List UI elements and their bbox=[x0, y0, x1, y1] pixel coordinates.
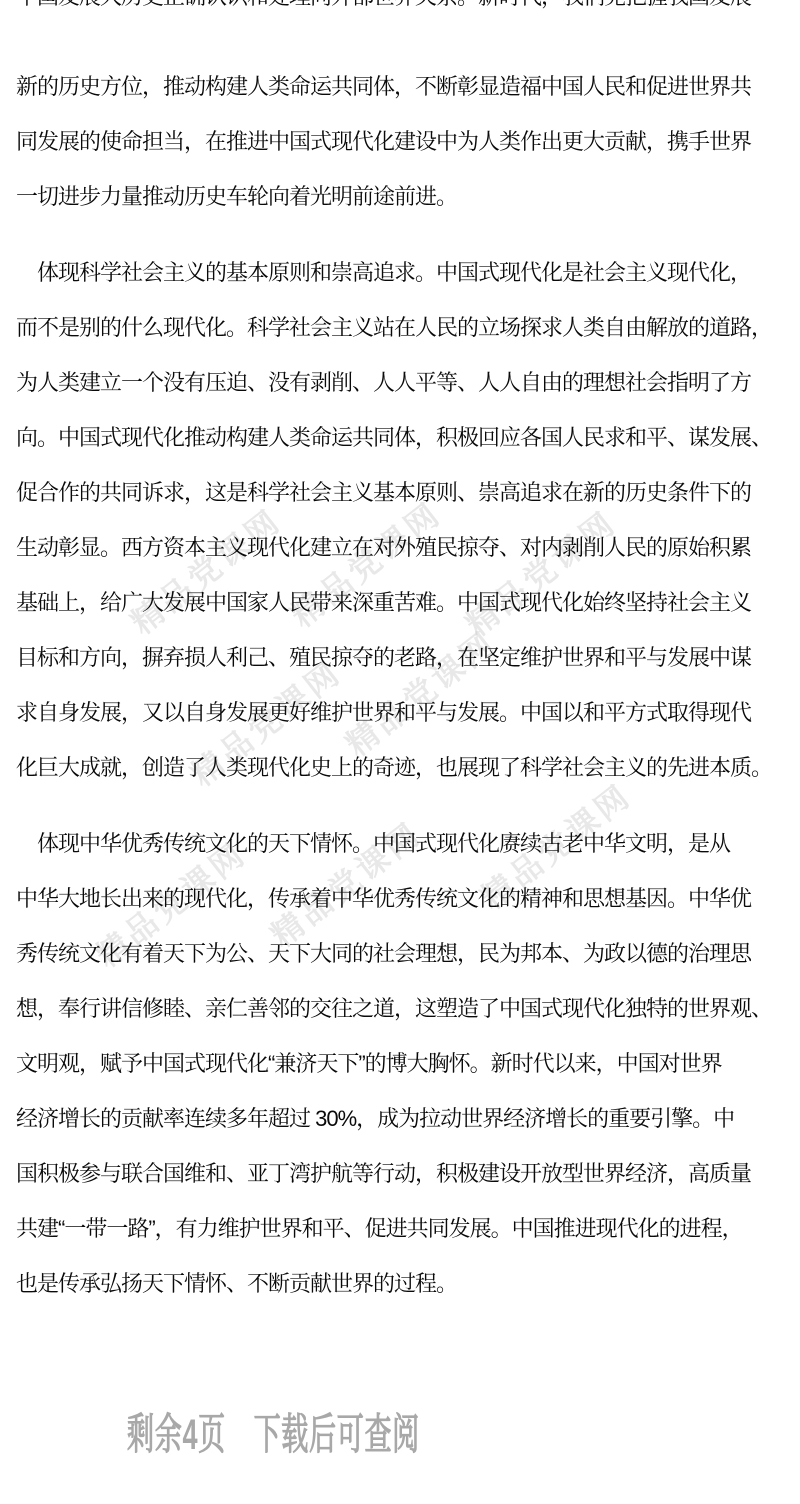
text-line: 同发展的使命担当，在推进中国式现代化建设中为人类作出更大贡献，携手世界 bbox=[16, 114, 788, 169]
text-line: 为人类建立一个没有压迫、没有剥削、人人平等、人人自由的理想社会指明了方 bbox=[16, 355, 788, 410]
text-line: 而不是别的什么现代化。科学社会主义站在人民的立场探求人类自由解放的道路， bbox=[16, 300, 788, 355]
paragraphs-container: 新的历史方位，推动构建人类命运共同体，不断彰显造福中国人民和促进世界共同发展的使… bbox=[16, 59, 788, 1311]
text-line: 体现中华优秀传统文化的天下情怀。中国式现代化赓续古老中华文明，是从 bbox=[16, 816, 788, 871]
text-line: 求自身发展，又以自身发展更好维护世界和平与发展。中国以和平方式取得现代 bbox=[16, 685, 788, 740]
text-line: 体现科学社会主义的基本原则和崇高追求。中国式现代化是社会主义现代化， bbox=[16, 245, 788, 300]
text-line: 向。中国式现代化推动构建人类命运共同体，积极回应各国人民求和平、谋发展、 bbox=[16, 410, 788, 465]
remaining-pages-notice: 剩余4页 下载后可查阅 bbox=[127, 1401, 420, 1462]
text-line: 基础上，给广大发展中国家人民带来深重苦难。中国式现代化始终坚持社会主义 bbox=[16, 575, 788, 630]
text-line: 国积极参与联合国维和、亚丁湾护航等行动，积极建设开放型世界经济，高质量 bbox=[16, 1146, 788, 1201]
document-body: 中国发展大历史正确认识和处理同外部世界关系。新时代，我们党把握我国发展 新的历史… bbox=[16, 0, 788, 1332]
text-line: 新的历史方位，推动构建人类命运共同体，不断彰显造福中国人民和促进世界共 bbox=[16, 59, 788, 114]
text-line: 经济增长的贡献率连续多年超过 30%，成为拉动世界经济增长的重要引擎。中 bbox=[16, 1091, 788, 1146]
text-line: 目标和方向，摒弃损人利己、殖民掠夺的老路，在坚定维护世界和平与发展中谋 bbox=[16, 630, 788, 685]
text-line: 一切进步力量推动历史车轮向着光明前途前进。 bbox=[16, 169, 788, 224]
paragraph: 体现科学社会主义的基本原则和崇高追求。中国式现代化是社会主义现代化，而不是别的什… bbox=[16, 245, 788, 795]
text-line: 促合作的共同诉求，这是科学社会主义基本原则、崇高追求在新的历史条件下的 bbox=[16, 465, 788, 520]
text-line: 文明观，赋予中国式现代化“兼济天下”的博大胸怀。新时代以来，中国对世界 bbox=[16, 1036, 788, 1091]
text-line: 也是传承弘扬天下情怀、不断贡献世界的过程。 bbox=[16, 1256, 788, 1311]
paragraph: 体现中华优秀传统文化的天下情怀。中国式现代化赓续古老中华文明，是从中华大地长出来… bbox=[16, 816, 788, 1311]
text-line: 生动彰显。西方资本主义现代化建立在对外殖民掠夺、对内剥削人民的原始积累 bbox=[16, 520, 788, 575]
paragraph: 新的历史方位，推动构建人类命运共同体，不断彰显造福中国人民和促进世界共同发展的使… bbox=[16, 59, 788, 224]
text-line: 化巨大成就，创造了人类现代化史上的奇迹，也展现了科学社会主义的先进本质。 bbox=[16, 740, 788, 795]
text-line: 想，奉行讲信修睦、亲仁善邻的交往之道，这塑造了中国式现代化独特的世界观、 bbox=[16, 981, 788, 1036]
text-line: 共建“一带一路”，有力维护世界和平、促进共同发展。中国推进现代化的进程， bbox=[16, 1201, 788, 1256]
document-preview-page: 精品党课网精品党课网精品党课网精品党课网精品党课网精品党课网精品党课网精品党课网… bbox=[0, 0, 800, 1504]
text-line: 中华大地长出来的现代化，传承着中华优秀传统文化的精神和思想基因。中华优 bbox=[16, 871, 788, 926]
text-line: 秀传统文化有着天下为公、天下大同的社会理想，民为邦本、为政以德的治理思 bbox=[16, 926, 788, 981]
previous-page-fragment-line: 中国发展大历史正确认识和处理同外部世界关系。新时代，我们党把握我国发展 bbox=[16, 0, 788, 24]
